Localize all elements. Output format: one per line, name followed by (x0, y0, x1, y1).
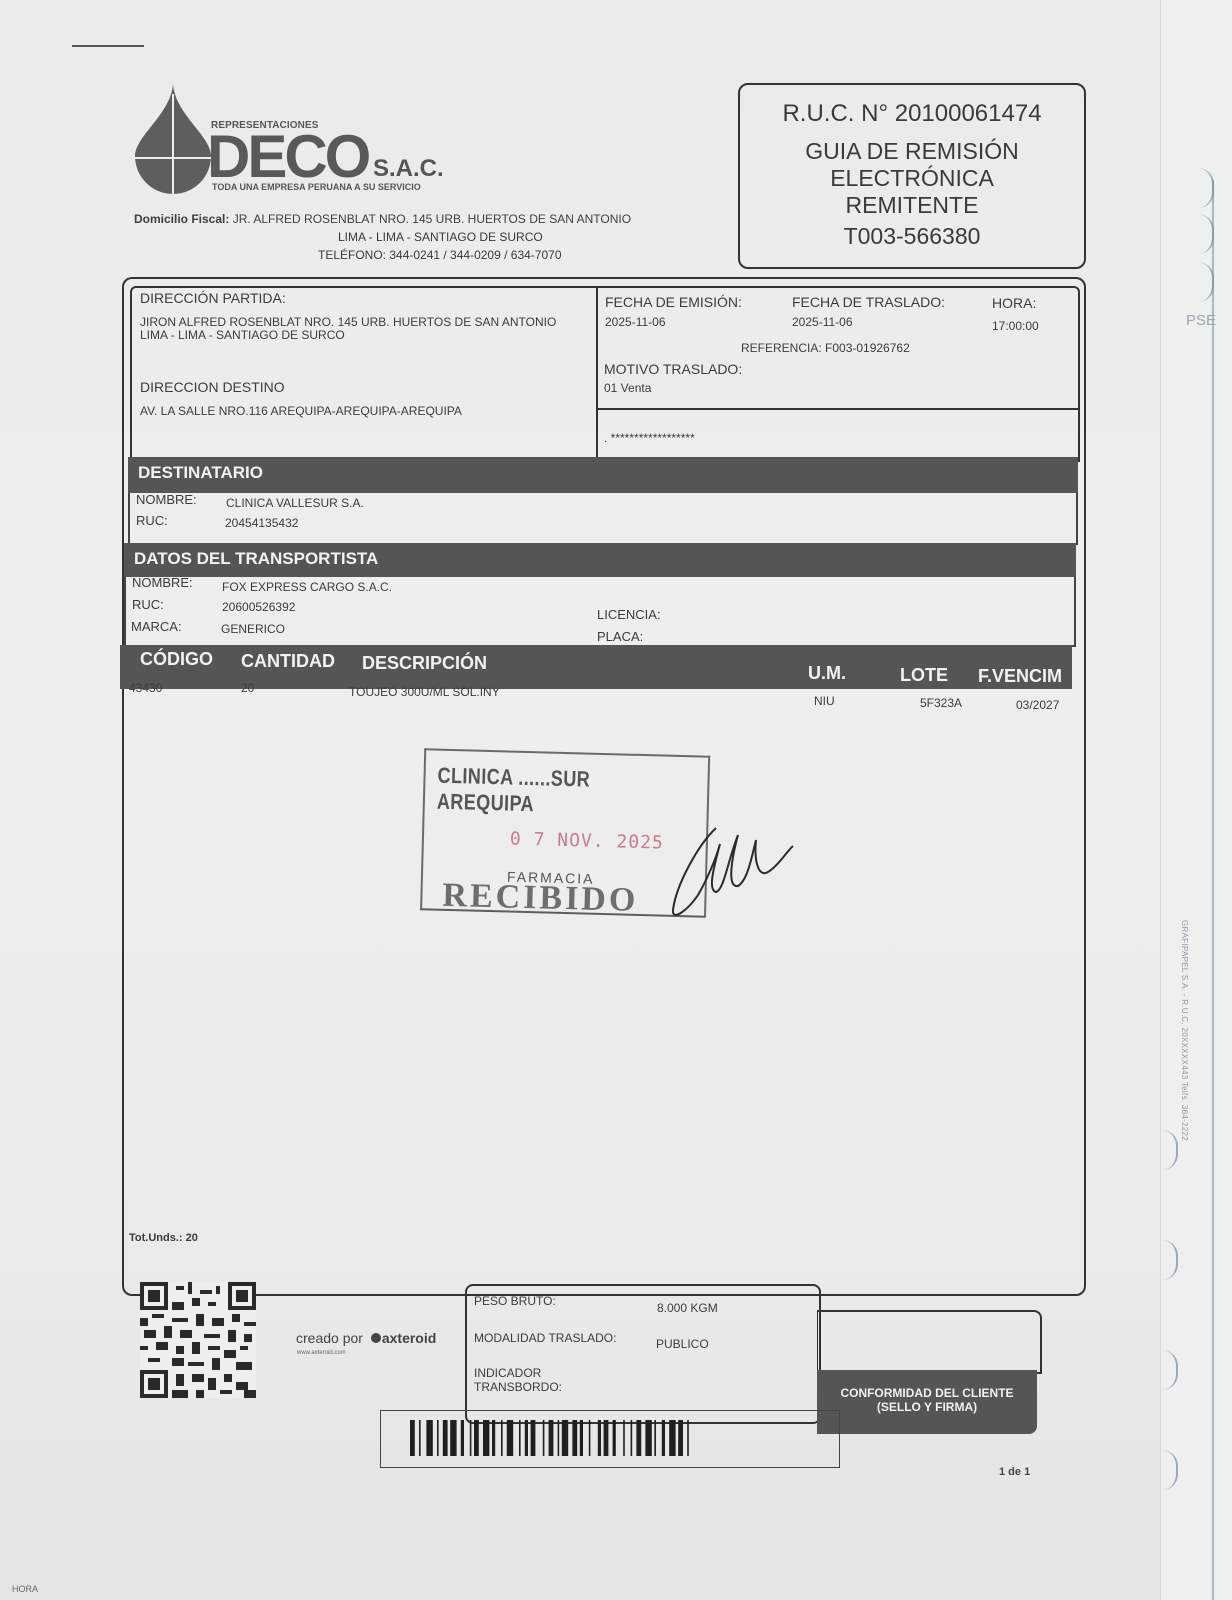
binding-hook-icon (1186, 168, 1214, 208)
binding-hook-icon (1186, 262, 1214, 302)
row-descripcion: TOUJEO 300U/ML SOL.INY (349, 685, 500, 699)
hora-label: HORA: (992, 295, 1036, 311)
doc-title-line1: GUIA DE REMISIÓN (740, 138, 1084, 165)
logo-deco: DECO (207, 125, 368, 189)
fecha-emision-label: FECHA DE EMISIÓN: (605, 294, 742, 310)
axteroid-brand: axteroid (382, 1330, 436, 1346)
conformidad-line2: (SELLO Y FIRMA) (817, 1400, 1037, 1414)
trans-nombre-label: NOMBRE: (132, 575, 193, 590)
ruc-number: R.U.C. N° 20100061474 (740, 100, 1084, 128)
dest-ruc-label: RUC: (136, 513, 168, 528)
trans-marca-label: MARCA: (131, 619, 182, 634)
address-section (130, 286, 598, 462)
fecha-traslado: 2025-11-06 (792, 315, 853, 329)
telefono: TELÉFONO: 344-0241 / 344-0209 / 634-7070 (318, 248, 562, 262)
row-lote: 5F323A (920, 696, 962, 710)
domicilio-line2: LIMA - LIMA - SANTIAGO DE SURCO (338, 230, 543, 244)
dest-ruc: 20454135432 (225, 516, 298, 530)
table-row: 43430 20 TOUJEO 300U/ML SOL.INY NIU 5F32… (120, 689, 1072, 709)
motivo-label: MOTIVO TRASLADO: (604, 361, 742, 377)
destinatario-header: DESTINATARIO (128, 457, 1078, 493)
printer-credit: GRAFIPAPEL S.A. - R.U.C. 20XXXXX443 Telf… (1180, 920, 1189, 1141)
stamp-clinic: CLINICA ......SUR AREQUIPA (437, 763, 661, 821)
creado-por: creado por axteroid (296, 1330, 436, 1346)
transportista-title: DATOS DEL TRANSPORTISTA (134, 549, 378, 569)
domicilio-fiscal: Domicilio Fiscal: JR. ALFRED ROSENBLAT N… (134, 212, 631, 226)
items-table-header: CÓDIGO CANTIDAD DESCRIPCIÓN U.M. LOTE F.… (120, 645, 1072, 689)
binding-hook-icon (1186, 214, 1214, 254)
modalidad-label: MODALIDAD TRASLADO: (474, 1331, 616, 1345)
qr-code-icon (140, 1282, 256, 1398)
masked-value: . ****************** (604, 431, 695, 445)
trans-nombre: FOX EXPRESS CARGO S.A.C. (222, 580, 392, 594)
doc-title-line3: REMITENTE (740, 192, 1084, 219)
signature-icon (668, 800, 798, 925)
referencia: REFERENCIA: F003-01926762 (741, 341, 910, 355)
dest-nombre-label: NOMBRE: (136, 492, 197, 507)
barcode-icon (410, 1420, 800, 1456)
col-lote: LOTE (900, 665, 948, 686)
transportista-header: DATOS DEL TRANSPORTISTA (124, 543, 1076, 577)
row-codigo: 43430 (129, 681, 162, 695)
creado-label: creado por (296, 1330, 363, 1346)
hora-bottom-text: HORA (12, 1584, 38, 1594)
pse-margin-text: PSE (1186, 312, 1216, 329)
licencia-label: LICENCIA: (597, 607, 661, 622)
doc-title-line2: ELECTRÓNICA (740, 165, 1084, 192)
signature-area (817, 1310, 1042, 1374)
deco-drop-logo-icon (133, 84, 213, 194)
logo-sac: S.A.C. (373, 155, 444, 183)
modalidad-value: PUBLICO (656, 1337, 709, 1351)
conformidad-bar: CONFORMIDAD DEL CLIENTE (SELLO Y FIRMA) (817, 1370, 1037, 1434)
dest-nombre: CLINICA VALLESUR S.A. (226, 496, 364, 510)
document-id-box: R.U.C. N° 20100061474 GUIA DE REMISIÓN E… (738, 83, 1086, 269)
motivo-value: 01 Venta (604, 381, 651, 395)
col-codigo: CÓDIGO (140, 649, 213, 670)
fecha-emision: 2025-11-06 (605, 315, 666, 329)
partida-line2: LIMA - LIMA - SANTIAGO DE SURCO (140, 328, 345, 342)
row-cantidad: 20 (241, 681, 254, 695)
domicilio-line1: JR. ALFRED ROSENBLAT NRO. 145 URB. HUERT… (233, 212, 631, 226)
doc-number: T003-566380 (740, 223, 1084, 250)
placa-label: PLACA: (597, 629, 643, 644)
partida-line1: JIRON ALFRED ROSENBLAT NRO. 145 URB. HUE… (140, 315, 556, 329)
trans-marca: GENERICO (221, 622, 285, 636)
axteroid-logo-icon (371, 1333, 381, 1343)
binding-hook-icon (1150, 1240, 1178, 1280)
stamp-recibido: RECIBIDO (442, 877, 639, 920)
perforation-line (1212, 180, 1214, 1600)
conformidad-line1: CONFORMIDAD DEL CLIENTE (817, 1386, 1037, 1400)
destinatario-title: DESTINATARIO (138, 463, 263, 483)
col-um: U.M. (808, 663, 846, 684)
col-cantidad: CANTIDAD (241, 651, 335, 672)
destino-value: AV. LA SALLE NRO.116 AREQUIPA-AREQUIPA-A… (140, 404, 462, 418)
row-vencim: 03/2027 (1016, 698, 1059, 712)
received-stamp: CLINICA ......SUR AREQUIPA 0 7 NOV. 2025… (420, 748, 710, 927)
trans-ruc: 20600526392 (222, 600, 295, 614)
logo-tagline: TODA UNA EMPRESA PERUANA A SU SERVICIO (212, 182, 421, 192)
indicador-label-1: INDICADOR (474, 1366, 541, 1380)
domicilio-label: Domicilio Fiscal: (134, 212, 229, 226)
row-um: NIU (814, 694, 835, 708)
binding-hook-icon (1150, 1130, 1178, 1170)
col-descripcion: DESCRIPCIÓN (362, 653, 487, 674)
axteroid-url: www.axteroid.com (297, 1350, 346, 1356)
peso-value: 8.000 KGM (657, 1301, 718, 1315)
total-units: Tot.Unds.: 20 (129, 1232, 198, 1244)
page-indicator: 1 de 1 (999, 1466, 1030, 1478)
binding-hook-icon (1150, 1450, 1178, 1490)
corner-mark (72, 45, 144, 47)
destino-label: DIRECCION DESTINO (140, 379, 285, 395)
partida-label: DIRECCIÓN PARTIDA: (140, 290, 286, 306)
trans-ruc-label: RUC: (132, 597, 164, 612)
stamp-date: 0 7 NOV. 2025 (510, 829, 664, 854)
indicador-label-2: TRANSBORDO: (474, 1380, 562, 1394)
peso-label: PESO BRUTO: (474, 1294, 556, 1308)
hora-value: 17:00:00 (992, 319, 1039, 333)
fecha-traslado-label: FECHA DE TRASLADO: (792, 294, 945, 310)
binding-hook-icon (1150, 1350, 1178, 1390)
col-vencim: F.VENCIM (978, 666, 1062, 687)
